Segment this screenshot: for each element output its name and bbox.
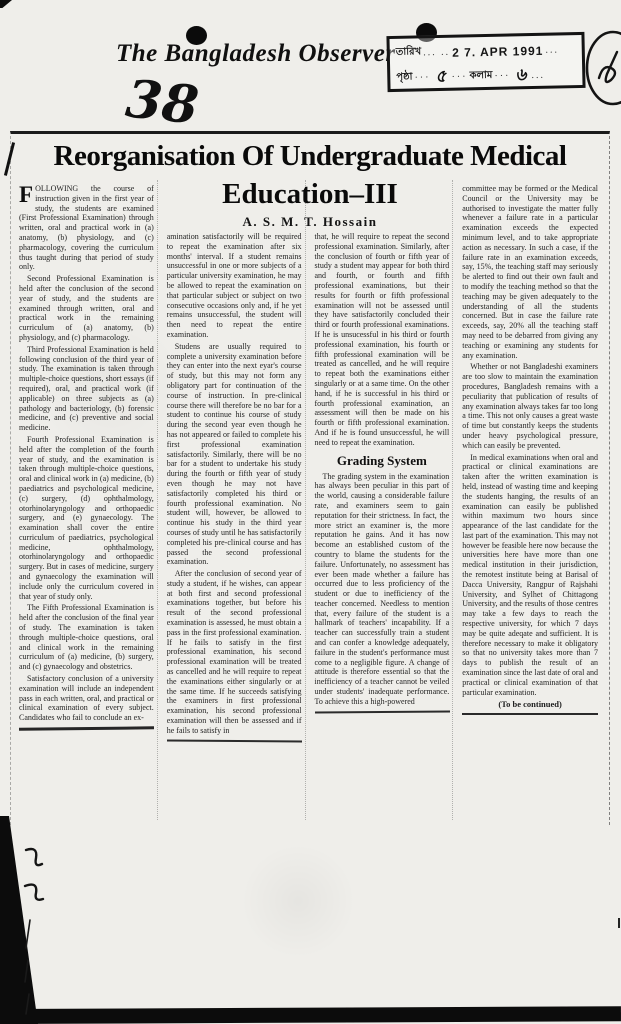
article-paragraph: In medical examinations when oral and pr… — [462, 453, 598, 698]
drop-cap-letter: F — [19, 184, 35, 204]
section-subheading: Grading System — [315, 453, 450, 468]
stamp-date-label: তারিখ — [396, 44, 422, 62]
article-paragraph: amination satisfactorily will be require… — [167, 232, 302, 340]
article-byline: A. S. M. T. Hossain — [165, 214, 456, 230]
article-headline-line1: Reorganisation Of Undergraduate Medical — [19, 138, 601, 174]
article-paragraph: Satisfactory conclusion of a university … — [19, 674, 154, 723]
article-column-3: that, he will require to repeat the seco… — [315, 180, 454, 820]
handwritten-number: 38 — [123, 68, 201, 136]
handwritten-edge-squiggles — [20, 842, 46, 1018]
article-body: FOLLOWING the course of instruction give… — [19, 180, 601, 820]
stamp-date-value: 2 7. APR 1991 — [452, 43, 544, 59]
article-paragraph: Whether or not Bangladeshi examiners are… — [462, 362, 598, 450]
article-headline-line2: Education–III — [165, 180, 456, 210]
stamp-dots: ... .. — [423, 47, 450, 59]
article-paragraph: Third Professional Examination is held f… — [19, 345, 154, 433]
stamp-page-label: পৃষ্ঠা — [396, 70, 413, 87]
stamp-page-column-row: পৃষ্ঠা ··· ৫ ··· কলাম ··· ৬ ... — [396, 62, 576, 91]
date-stamp-box: তারিখ ... .. 2 7. APR 1991 ... পৃষ্ঠা ··… — [386, 32, 585, 92]
headline-byline-block: Education–III A. S. M. T. Hossain — [165, 180, 456, 230]
scan-edge-mark — [618, 918, 620, 928]
article-paragraph: The Fifth Professional Examination is he… — [19, 603, 154, 672]
article-paragraph: Fourth Professional Examination is held … — [19, 435, 154, 602]
handwritten-page-number: ৫ — [434, 63, 448, 92]
stamp-column-label: কলাম — [469, 68, 492, 85]
article-column-2: amination satisfactorily will be require… — [167, 180, 306, 820]
article-paragraph: Second Professional Examination is held … — [19, 274, 154, 343]
article-paragraph: The grading system in the examination ha… — [315, 472, 450, 707]
stamp-dots: ··· — [451, 71, 467, 82]
stamp-dots: ··· — [414, 72, 430, 83]
handwritten-column-number: ৬ — [514, 61, 528, 90]
frame-slash-mark — [4, 142, 15, 176]
stamp-dots: ... — [531, 70, 545, 81]
article-paragraph: committee may be formed or the Medical C… — [462, 184, 598, 360]
stamp-dots: ... — [545, 44, 559, 55]
article-column-4: committee may be formed or the Medical C… — [462, 180, 601, 820]
article: Reorganisation Of Undergraduate Medical … — [10, 131, 610, 825]
scan-bottom-edge — [0, 1006, 621, 1024]
article-column-1: FOLLOWING the course of instruction give… — [19, 180, 158, 820]
article-paragraph: After the conclusion of second year of s… — [167, 569, 302, 736]
article-paragraph: that, he will require to repeat the seco… — [315, 232, 450, 448]
newspaper-scan-page: The Bangladesh Observer 38 তারিখ ... .. … — [0, 0, 621, 1024]
article-paragraph: FOLLOWING the course of instruction give… — [19, 184, 154, 272]
stamp-dots: ··· — [494, 70, 510, 81]
article-paragraph: Studens are usually required to complete… — [167, 342, 302, 567]
publication-masthead: The Bangladesh Observer — [116, 40, 396, 68]
handwritten-circled-mark — [579, 26, 621, 110]
scan-corner-mark — [0, 0, 12, 8]
article-footer-note: (To be continued) — [462, 700, 598, 715]
stamp-date-row: তারিখ ... .. 2 7. APR 1991 ... — [396, 37, 576, 66]
